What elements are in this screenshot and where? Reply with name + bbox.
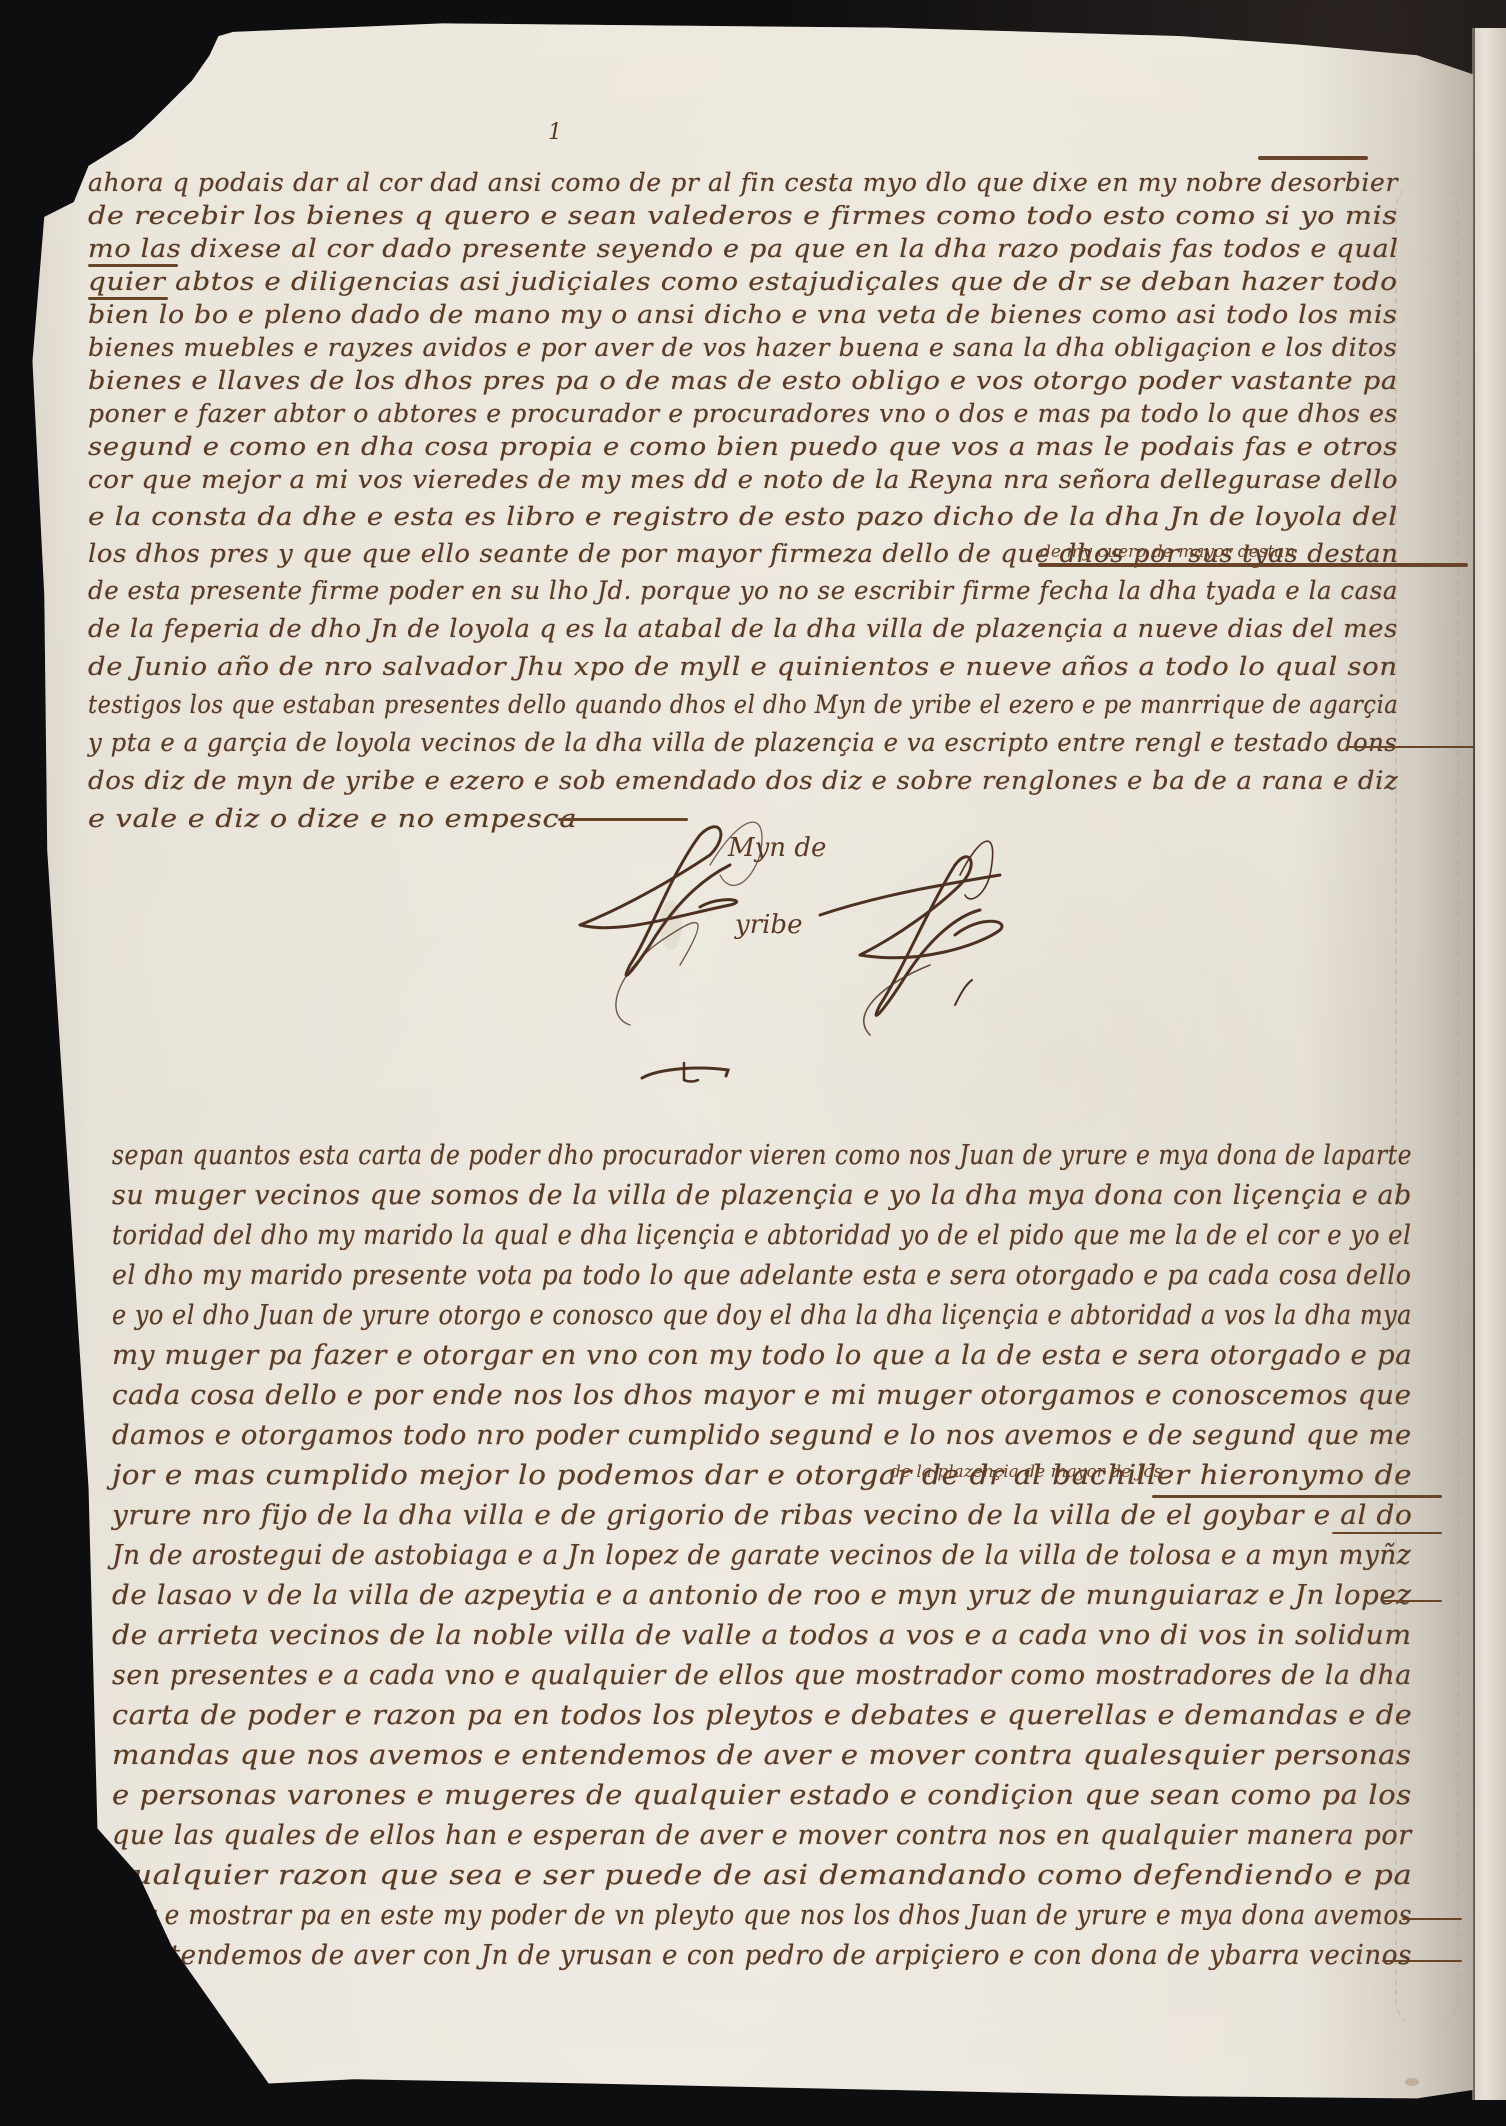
manuscript-line: y entendemos de aver con Jn de yrusan e … [112,1940,1412,1971]
manuscript-line: su muger vecinos que somos de la villa d… [112,1180,1412,1211]
section-divider-mark [640,1060,730,1090]
manuscript-line: de Junio año de nro salvador Jhu xpo de … [88,652,1398,681]
manuscript-line: poner e fazer abtor o abtores e procurad… [88,399,1398,428]
manuscript-line: segund e como en dha cosa propia e como … [88,432,1398,461]
manuscript-line: qualquier razon que sea e ser puede de a… [112,1860,1413,1891]
line-filler [1382,1600,1442,1602]
folio-number: 1 [548,120,554,154]
manuscript-line: e la consta da dhe e esta es libro e reg… [88,502,1398,531]
signatures: Myn de yribe [560,815,1060,1055]
manuscript-line: jor e mas cumplido mejor lo podemos dar … [112,1460,1412,1491]
abbreviation-stroke [88,297,168,300]
manuscript-line: cada cosa dello e por ende nos los dhos … [112,1380,1412,1411]
strike-through-line [1038,563,1468,567]
line-filler [1382,1960,1462,1962]
manuscript-line: Jn de arostegui de astobiaga e a Jn lope… [112,1540,1411,1571]
manuscript-line: bien lo bo e pleno dado de mano my o ans… [88,300,1398,329]
manuscript-line: testigos los que estaban presentes dello… [88,690,1398,719]
manuscript-line: de la feperia de dho Jn de loyola q es l… [88,614,1398,643]
manuscript-line: e vale e diz o dize e no empesca [88,804,577,833]
interlinear-note: de my cuero de mayor destan [1040,542,1295,562]
manuscript-line: toridad del dho my marido la qual e dha … [112,1220,1411,1251]
strike-through-line [1152,1495,1442,1498]
manuscript-folio: 1 ahora q podais dar al cor dad ansi com… [0,0,1476,2126]
abbreviation-stroke [1258,156,1368,160]
manuscript-line: dar e mostrar pa en este my poder de vn … [112,1900,1412,1931]
manuscript-line: de recebir los bienes q quero e sean val… [88,201,1398,230]
manuscript-line: de arrieta vecinos de la noble villa de … [112,1620,1412,1651]
manuscript-line: sen presentes e a cada vno e qualquier d… [112,1660,1412,1691]
facing-page-edge [1472,28,1506,2100]
line-filler [1402,1918,1462,1920]
manuscript-line: bienes e llaves de los dhos pres pa o de… [88,366,1398,395]
manuscript-line: my muger pa fazer e otorgar en vno con m… [112,1340,1412,1371]
signature-name: Myn de [728,833,826,863]
manuscript-line: cor que mejor a mi vos vieredes de my me… [88,465,1398,494]
manuscript-line: damos e otorgamos todo nro poder cumplid… [112,1420,1412,1451]
manuscript-line: que las quales de ellos han e esperan de… [112,1820,1412,1851]
manuscript-line: de esta presente firme poder en su lho J… [88,576,1398,605]
interlinear-note: de la plazençia de mayor de Jos [890,1462,1162,1482]
manuscript-line: y pta e a garçia de loyola vecinos de la… [88,728,1397,757]
manuscript-line: el dho my marido presente vota pa todo l… [112,1260,1411,1291]
manuscript-line: quier abtos e diligencias asi judiçiales… [88,267,1398,296]
manuscript-line: yrure nro fijo de la dha villa e de grig… [112,1500,1412,1531]
manuscript-line: de lasao v de la villa de azpeytia e a a… [112,1580,1412,1611]
manuscript-line: sepan quantos esta carta de poder dho pr… [112,1140,1412,1171]
abbreviation-stroke [88,264,178,267]
manuscript-line: dos diz de myn de yribe e ezero e sob em… [88,766,1398,795]
line-filler [1332,1532,1442,1534]
foxing-spot [1405,2078,1419,2086]
manuscript-line: carta de poder e razon pa en todos los p… [112,1700,1412,1731]
manuscript-line: ahora q podais dar al cor dad ansi como … [88,168,1398,197]
manuscript-line: bienes muebles e rayzes avidos e por ave… [88,333,1397,362]
manuscript-line: e yo el dho Juan de yrure otorgo e conos… [112,1300,1412,1331]
manuscript-line: e personas varones e mugeres de qualquie… [112,1780,1412,1811]
section-mark-icon [640,1060,730,1090]
manuscript-line: mo las dixese al cor dado presente seyen… [88,234,1399,263]
signature-name: yribe [735,910,802,940]
manuscript-line: mandas que nos avemos e entendemos de av… [112,1740,1412,1771]
